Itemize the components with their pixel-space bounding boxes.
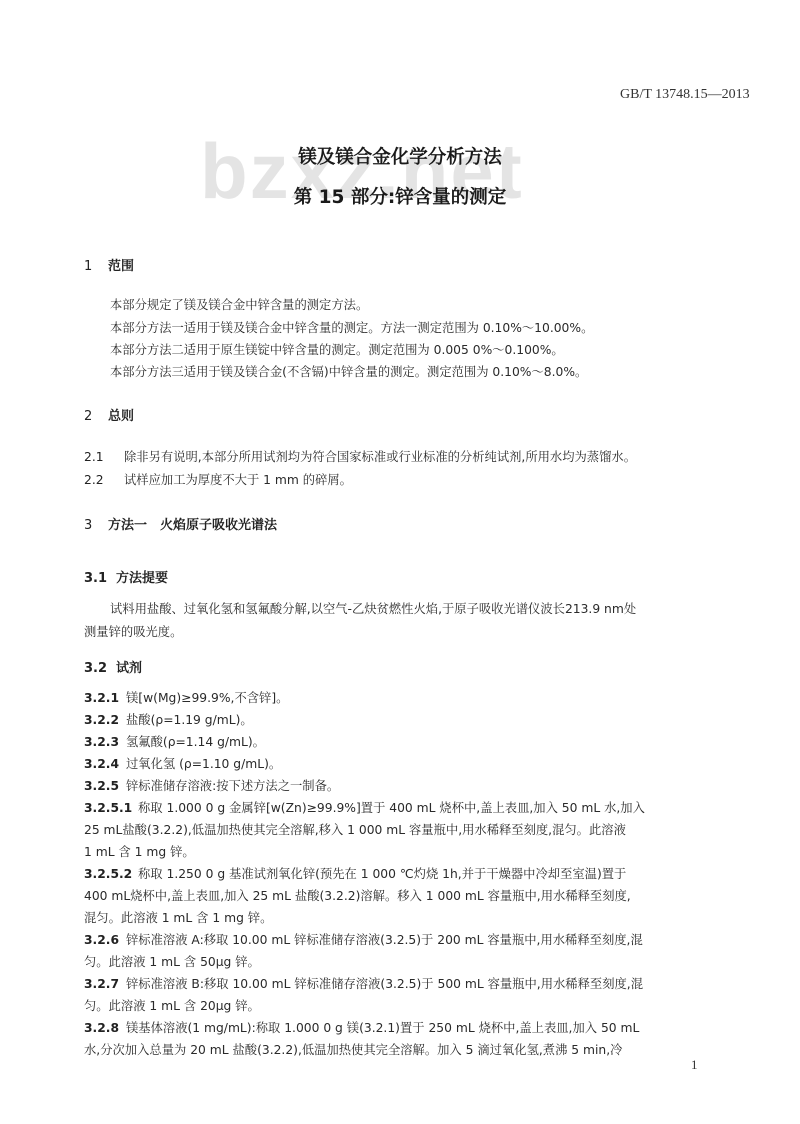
clause-2-1: 2.1除非另有说明,本部分所用试剂均为符合国家标准或行业标准的分析纯试剂,所用水… [84, 447, 636, 465]
clause-number: 3.2.7 [84, 977, 126, 991]
method-summary-line-2: 测量锌的吸光度。 [84, 622, 182, 640]
section-number: 1 [84, 259, 108, 274]
reagent-3-2-3: 3.2.3氢氟酸(ρ=1.14 g/mL)。 [84, 732, 265, 750]
clause-text: 盐酸(ρ=1.19 g/mL)。 [126, 713, 253, 727]
reagent-3-2-2: 3.2.2盐酸(ρ=1.19 g/mL)。 [84, 710, 253, 728]
clause-text: 称取 1.000 0 g 金属锌[w(Zn)≥99.9%]置于 400 mL 烧… [138, 801, 645, 815]
clause-number: 3.2.8 [84, 1021, 126, 1035]
reagent-3-2-6: 3.2.6锌标准溶液 A:移取 10.00 mL 锌标准储存溶液(3.2.5)于… [84, 930, 643, 948]
clause-text: 过氧化氢 (ρ=1.10 g/mL)。 [126, 757, 281, 771]
clause-number: 3.2.2 [84, 713, 126, 727]
reagent-3-2-5-1-line-2: 25 mL盐酸(3.2.2),低温加热使其完全溶解,移入 1 000 mL 容量… [84, 820, 626, 838]
clause-number: 3.2.6 [84, 933, 126, 947]
clause-number: 3.2.5.2 [84, 867, 138, 881]
section-number: 2 [84, 409, 108, 424]
section-3-heading: 3方法一 火焰原子吸收光谱法 [84, 514, 277, 533]
standard-code: GB/T 13748.15—2013 [620, 87, 750, 103]
reagent-3-2-1: 3.2.1镁[w(Mg)≥99.9%,不含锌]。 [84, 688, 288, 706]
clause-text: 镁[w(Mg)≥99.9%,不含锌]。 [126, 691, 288, 705]
section-title: 范围 [108, 259, 134, 274]
scope-para-3: 本部分方法二适用于原生镁锭中锌含量的测定。测定范围为 0.005 0%～0.10… [110, 340, 564, 358]
reagent-3-2-5-1-line-3: 1 mL 含 1 mg 锌。 [84, 842, 195, 860]
section-title: 方法一 火焰原子吸收光谱法 [108, 518, 277, 533]
clause-text: 称取 1.250 0 g 基准试剂氧化锌(预先在 1 000 ℃灼烧 1h,并于… [138, 867, 626, 881]
clause-text: 锌标准溶液 B:移取 10.00 mL 锌标准储存溶液(3.2.5)于 500 … [126, 977, 643, 991]
clause-3-1-heading: 3.1方法提要 [84, 567, 168, 586]
clause-text: 除非另有说明,本部分所用试剂均为符合国家标准或行业标准的分析纯试剂,所用水均为蒸… [124, 450, 636, 464]
reagent-3-2-7-line-2: 匀。此溶液 1 mL 含 20μg 锌。 [84, 996, 260, 1014]
clause-number: 2.2 [84, 473, 124, 487]
clause-number: 3.2 [84, 661, 116, 676]
clause-text: 锌标准溶液 A:移取 10.00 mL 锌标准储存溶液(3.2.5)于 200 … [126, 933, 643, 947]
reagent-3-2-8: 3.2.8镁基体溶液(1 mg/mL):称取 1.000 0 g 镁(3.2.1… [84, 1018, 639, 1036]
section-2-heading: 2总则 [84, 405, 134, 424]
clause-2-2: 2.2试样应加工为厚度不大于 1 mm 的碎屑。 [84, 470, 352, 488]
clause-3-2-heading: 3.2试剂 [84, 657, 142, 676]
reagent-3-2-5-2-line-3: 混匀。此溶液 1 mL 含 1 mg 锌。 [84, 908, 272, 926]
reagent-3-2-5-2-line-2: 400 mL烧杯中,盖上表皿,加入 25 mL 盐酸(3.2.2)溶解。移入 1… [84, 886, 631, 904]
clause-number: 2.1 [84, 450, 124, 464]
clause-title: 试剂 [116, 661, 142, 676]
reagent-3-2-8-line-2: 水,分次加入总量为 20 mL 盐酸(3.2.2),低温加热使其完全溶解。加入 … [84, 1040, 622, 1058]
clause-text: 氢氟酸(ρ=1.14 g/mL)。 [126, 735, 265, 749]
doc-title-line2: 第 15 部分:锌含量的测定 [0, 183, 800, 209]
scope-para-2: 本部分方法一适用于镁及镁合金中锌含量的测定。方法一测定范围为 0.10%～10.… [110, 318, 593, 336]
clause-number: 3.2.5 [84, 779, 126, 793]
clause-number: 3.2.5.1 [84, 801, 138, 815]
section-1-heading: 1范围 [84, 255, 134, 274]
scope-para-1: 本部分规定了镁及镁合金中锌含量的测定方法。 [110, 295, 368, 313]
clause-number: 3.2.3 [84, 735, 126, 749]
reagent-3-2-7: 3.2.7锌标准溶液 B:移取 10.00 mL 锌标准储存溶液(3.2.5)于… [84, 974, 643, 992]
page-number: 1 [691, 1057, 698, 1073]
clause-text: 锌标准储存溶液:按下述方法之一制备。 [126, 779, 339, 793]
clause-number: 3.2.1 [84, 691, 126, 705]
clause-title: 方法提要 [116, 571, 168, 586]
reagent-3-2-4: 3.2.4过氧化氢 (ρ=1.10 g/mL)。 [84, 754, 281, 772]
clause-text: 试样应加工为厚度不大于 1 mm 的碎屑。 [124, 473, 352, 487]
reagent-3-2-5-2: 3.2.5.2称取 1.250 0 g 基准试剂氧化锌(预先在 1 000 ℃灼… [84, 864, 626, 882]
reagent-3-2-5-1: 3.2.5.1称取 1.000 0 g 金属锌[w(Zn)≥99.9%]置于 4… [84, 798, 645, 816]
method-summary-line-1: 试料用盐酸、过氧化氢和氢氟酸分解,以空气-乙炔贫燃性火焰,于原子吸收光谱仪波长2… [110, 599, 636, 617]
section-number: 3 [84, 518, 108, 533]
reagent-3-2-6-line-2: 匀。此溶液 1 mL 含 50μg 锌。 [84, 952, 260, 970]
clause-text: 镁基体溶液(1 mg/mL):称取 1.000 0 g 镁(3.2.1)置于 2… [126, 1021, 639, 1035]
scope-para-4: 本部分方法三适用于镁及镁合金(不含镉)中锌含量的测定。测定范围为 0.10%～8… [110, 362, 587, 380]
section-title: 总则 [108, 409, 134, 424]
reagent-3-2-5: 3.2.5锌标准储存溶液:按下述方法之一制备。 [84, 776, 339, 794]
doc-title-line1: 镁及镁合金化学分析方法 [0, 143, 800, 169]
clause-number: 3.1 [84, 571, 116, 586]
clause-number: 3.2.4 [84, 757, 126, 771]
